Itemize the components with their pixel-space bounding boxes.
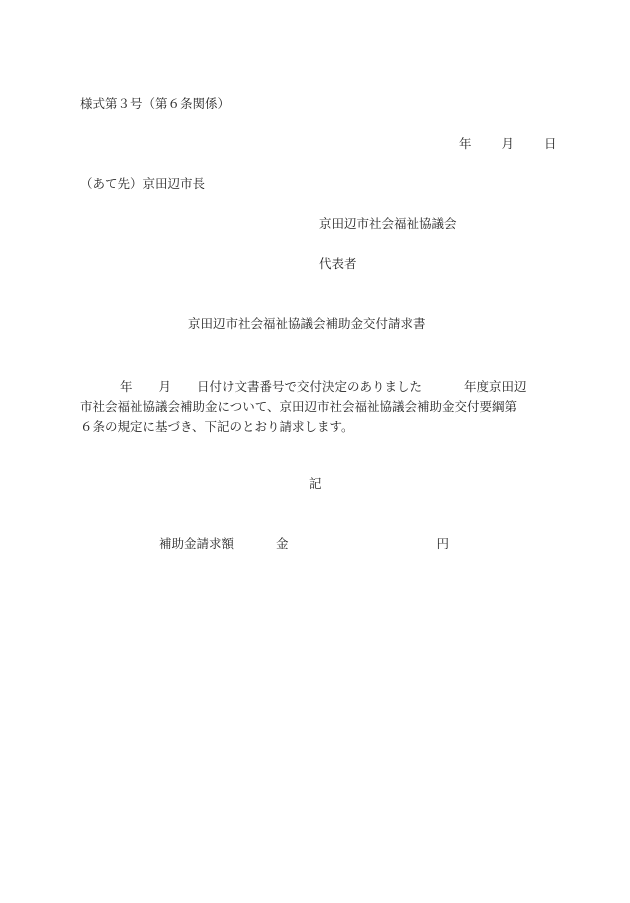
amount-label: 補助金請求額 [159,538,234,551]
day-label: 日 [544,138,557,151]
body-line-1-end: 年度京田辺 [464,379,527,394]
body-line-1-mid: 日付け文書番号で交付決定のありました [197,379,422,394]
form-number: 様式第３号（第６条関係） [80,98,230,111]
amount-prefix: 金 [276,538,289,551]
body-line-1: 年月日付け文書番号で交付決定のありました年度京田辺 [80,377,555,397]
amount-unit: 円 [437,538,450,551]
year-label: 年 [459,138,472,151]
amount-row: 補助金請求額金円 [159,538,449,551]
ki-heading: 記 [309,478,322,491]
body-paragraph: 年月日付け文書番号で交付決定のありました年度京田辺 市社会福祉協議会補助金につい… [80,377,555,437]
date-line: 年月日 [459,138,557,151]
body-year-label: 年 [120,379,133,394]
representative-label: 代表者 [319,258,357,271]
applicant-organization: 京田辺市社会福祉協議会 [319,218,457,231]
body-month-label: 月 [159,379,172,394]
body-line-3: ６条の規定に基づき、下記のとおり請求します。 [80,417,555,437]
month-label: 月 [502,138,515,151]
body-line-2: 市社会福祉協議会補助金について、京田辺市社会福祉協議会補助金交付要綱第 [80,397,555,417]
addressee: （あて先）京田辺市長 [80,178,205,191]
document-title: 京田辺市社会福祉協議会補助金交付請求書 [188,318,426,331]
